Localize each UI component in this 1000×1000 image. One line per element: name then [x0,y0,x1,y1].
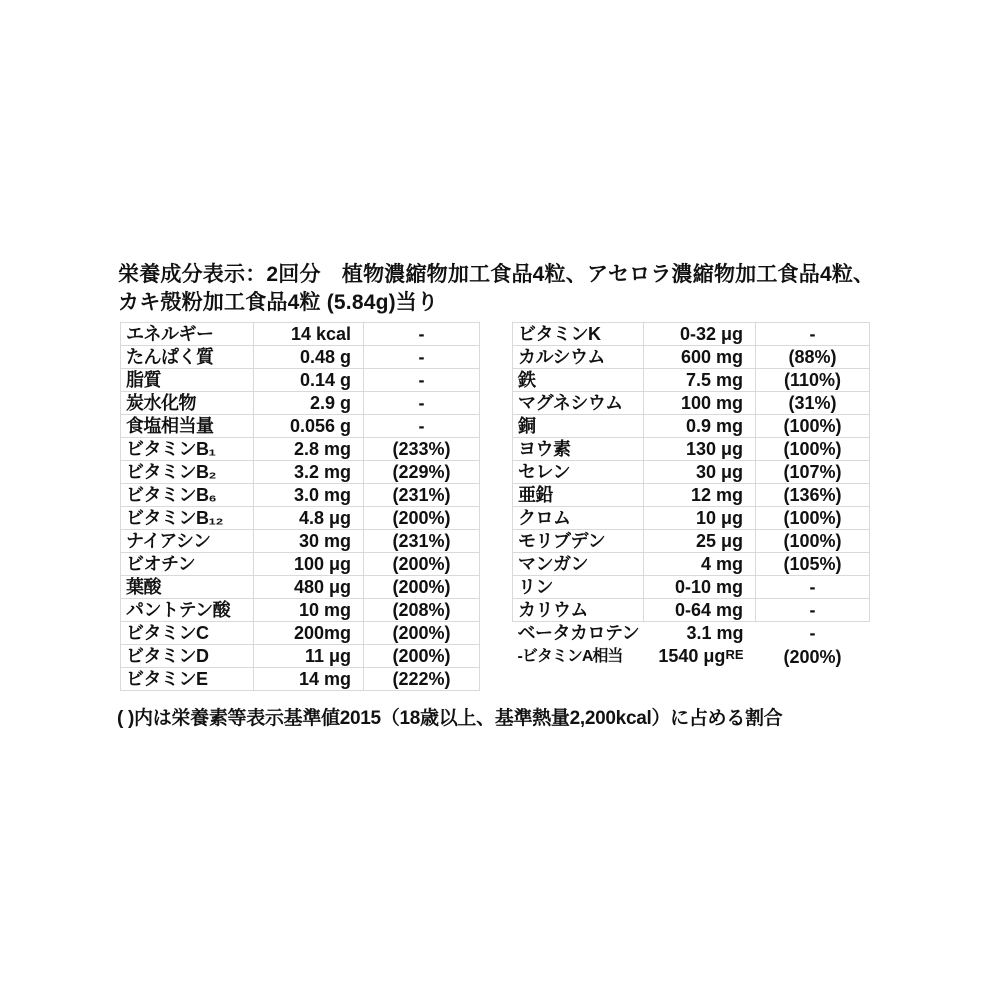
nutrient-amount: 480 μg [254,576,364,599]
table-row: ビタミンE14 mg(222%) [121,668,480,691]
table-row: リン0-10 mg- [513,576,870,599]
table-row: マグネシウム100 mg(31%) [513,392,870,415]
nutrient-amount: 14 mg [254,668,364,691]
table-row-beta-carotene: ベータカロテン3.1 mg- [513,622,870,645]
daily-value-percent: (229%) [364,461,480,484]
nutrient-name: マンガン [513,553,644,576]
table-row: 炭水化物2.9 g- [121,392,480,415]
nutrient-amount: 10 μg [644,507,756,530]
nutrient-name: マグネシウム [513,392,644,415]
re-unit-suffix: RE [725,647,743,662]
daily-value-percent: (136%) [756,484,870,507]
table-row: ビタミンC200mg(200%) [121,622,480,645]
table-row-vitamin-a-equivalent: -ビタミンA相当1540 μgRE(200%) [513,645,870,669]
daily-value-percent: (231%) [364,484,480,507]
nutrient-amount: 600 mg [644,346,756,369]
table-row: カリウム0-64 mg- [513,599,870,622]
nutrient-name: 銅 [513,415,644,438]
nutrient-amount: 3.2 mg [254,461,364,484]
daily-value-percent: (200%) [364,645,480,668]
nutrient-amount: 3.1 mg [644,622,756,645]
daily-value-percent: - [756,323,870,346]
daily-value-percent: - [756,622,870,645]
nutrient-amount: 0.9 mg [644,415,756,438]
nutrient-amount: 0-64 mg [644,599,756,622]
nutrition-label-sheet: 栄養成分表示：2回分 植物濃縮物加工食品4粒、アセロラ濃縮物加工食品4粒、 カキ… [0,0,1000,1000]
table-row: 銅0.9 mg(100%) [513,415,870,438]
daily-value-percent: (107%) [756,461,870,484]
nutrient-amount: 0-10 mg [644,576,756,599]
daily-value-percent: (105%) [756,553,870,576]
nutrient-amount: 3.0 mg [254,484,364,507]
nutrient-amount: 2.9 g [254,392,364,415]
daily-value-percent: (88%) [756,346,870,369]
nutrient-amount: 30 mg [254,530,364,553]
nutrient-amount: 4.8 μg [254,507,364,530]
nutrition-table-right: ビタミンK0-32 μg- カルシウム600 mg(88%) 鉄7.5 mg(1… [512,322,870,669]
table-row: たんぱく質0.48 g- [121,346,480,369]
nutrient-amount: 4 mg [644,553,756,576]
nutrient-name: カルシウム [513,346,644,369]
nutrient-name: たんぱく質 [121,346,254,369]
table-row: セレン30 μg(107%) [513,461,870,484]
nutrient-name: 亜鉛 [513,484,644,507]
nutrition-title: 栄養成分表示：2回分 植物濃縮物加工食品4粒、アセロラ濃縮物加工食品4粒、 カキ… [118,261,918,317]
nutrient-amount: 0-32 μg [644,323,756,346]
daily-value-percent: - [756,576,870,599]
nutrient-name: モリブデン [513,530,644,553]
daily-value-percent: (100%) [756,530,870,553]
nutrient-name: -ビタミンA相当 [513,645,644,669]
nutrient-amount: 10 mg [254,599,364,622]
daily-value-percent: (200%) [756,645,870,669]
table-row: ヨウ素130 μg(100%) [513,438,870,461]
nutrient-name: 鉄 [513,369,644,392]
nutrient-name: エネルギー [121,323,254,346]
daily-value-percent: (208%) [364,599,480,622]
nutrition-table-left: エネルギー14 kcal- たんぱく質0.48 g- 脂質0.14 g- 炭水化… [120,322,480,691]
daily-value-percent: (31%) [756,392,870,415]
nutrient-name: ビタミンD [121,645,254,668]
nutrient-amount: 11 μg [254,645,364,668]
table-row: ビタミンK0-32 μg- [513,323,870,346]
nutrient-name: ビタミンB₆ [121,484,254,507]
nutrient-amount: 0.056 g [254,415,364,438]
nutrient-name: セレン [513,461,644,484]
daily-value-percent: (200%) [364,553,480,576]
nutrient-name: ビタミンB₁₂ [121,507,254,530]
nutrient-name: 脂質 [121,369,254,392]
nutrient-name: 炭水化物 [121,392,254,415]
nutrient-amount: 200mg [254,622,364,645]
table-row: ビタミンD11 μg(200%) [121,645,480,668]
nutrient-name: 葉酸 [121,576,254,599]
table-row: ビオチン100 μg(200%) [121,553,480,576]
nutrition-title-line1: 栄養成分表示：2回分 植物濃縮物加工食品4粒、アセロラ濃縮物加工食品4粒、 [118,261,918,289]
nutrient-name: ヨウ素 [513,438,644,461]
nutrient-name: ベータカロテン [513,622,644,645]
nutrient-name: ナイアシン [121,530,254,553]
daily-value-percent: (233%) [364,438,480,461]
nutrient-amount: 25 μg [644,530,756,553]
table-row: 亜鉛12 mg(136%) [513,484,870,507]
table-row: エネルギー14 kcal- [121,323,480,346]
table-row: 鉄7.5 mg(110%) [513,369,870,392]
daily-value-percent: (110%) [756,369,870,392]
nutrient-amount: 7.5 mg [644,369,756,392]
daily-value-percent: (222%) [364,668,480,691]
amount-value: 1540 μg [658,646,725,666]
nutrition-title-line2: カキ殻粉加工食品4粒 (5.84g)当り [118,289,918,317]
nutrient-amount: 0.48 g [254,346,364,369]
footnote-daily-value-basis: ( )内は栄養素等表示基準値2015（18歳以上、基準熱量2,200kcal）に… [117,703,917,730]
table-row: ビタミンB₂3.2 mg(229%) [121,461,480,484]
nutrient-name: カリウム [513,599,644,622]
daily-value-percent: (100%) [756,507,870,530]
nutrient-name: ビオチン [121,553,254,576]
nutrient-amount: 12 mg [644,484,756,507]
table-row: モリブデン25 μg(100%) [513,530,870,553]
table-row: 葉酸480 μg(200%) [121,576,480,599]
table-row: 食塩相当量0.056 g- [121,415,480,438]
nutrient-name: パントテン酸 [121,599,254,622]
table-row: カルシウム600 mg(88%) [513,346,870,369]
daily-value-percent: (100%) [756,415,870,438]
nutrient-amount: 30 μg [644,461,756,484]
nutrient-amount: 14 kcal [254,323,364,346]
nutrient-amount: 0.14 g [254,369,364,392]
daily-value-percent: (200%) [364,507,480,530]
daily-value-percent: - [756,599,870,622]
table-row: 脂質0.14 g- [121,369,480,392]
table-row: ビタミンB₁2.8 mg(233%) [121,438,480,461]
daily-value-percent: (100%) [756,438,870,461]
table-row: マンガン4 mg(105%) [513,553,870,576]
daily-value-percent: (231%) [364,530,480,553]
nutrient-amount: 100 mg [644,392,756,415]
nutrient-amount: 130 μg [644,438,756,461]
daily-value-percent: - [364,392,480,415]
table-row: クロム10 μg(100%) [513,507,870,530]
nutrient-name: ビタミンK [513,323,644,346]
nutrient-name: ビタミンC [121,622,254,645]
nutrient-name: ビタミンB₁ [121,438,254,461]
nutrient-name: クロム [513,507,644,530]
daily-value-percent: (200%) [364,576,480,599]
nutrient-amount: 2.8 mg [254,438,364,461]
table-row: パントテン酸10 mg(208%) [121,599,480,622]
daily-value-percent: - [364,415,480,438]
nutrient-name: リン [513,576,644,599]
daily-value-percent: - [364,323,480,346]
daily-value-percent: (200%) [364,622,480,645]
table-row: ビタミンB₁₂4.8 μg(200%) [121,507,480,530]
nutrient-name: 食塩相当量 [121,415,254,438]
table-row: ビタミンB₆3.0 mg(231%) [121,484,480,507]
nutrient-name: ビタミンB₂ [121,461,254,484]
table-row: ナイアシン30 mg(231%) [121,530,480,553]
daily-value-percent: - [364,369,480,392]
nutrient-amount: 100 μg [254,553,364,576]
nutrient-amount: 1540 μgRE [644,645,756,669]
nutrient-name: ビタミンE [121,668,254,691]
daily-value-percent: - [364,346,480,369]
